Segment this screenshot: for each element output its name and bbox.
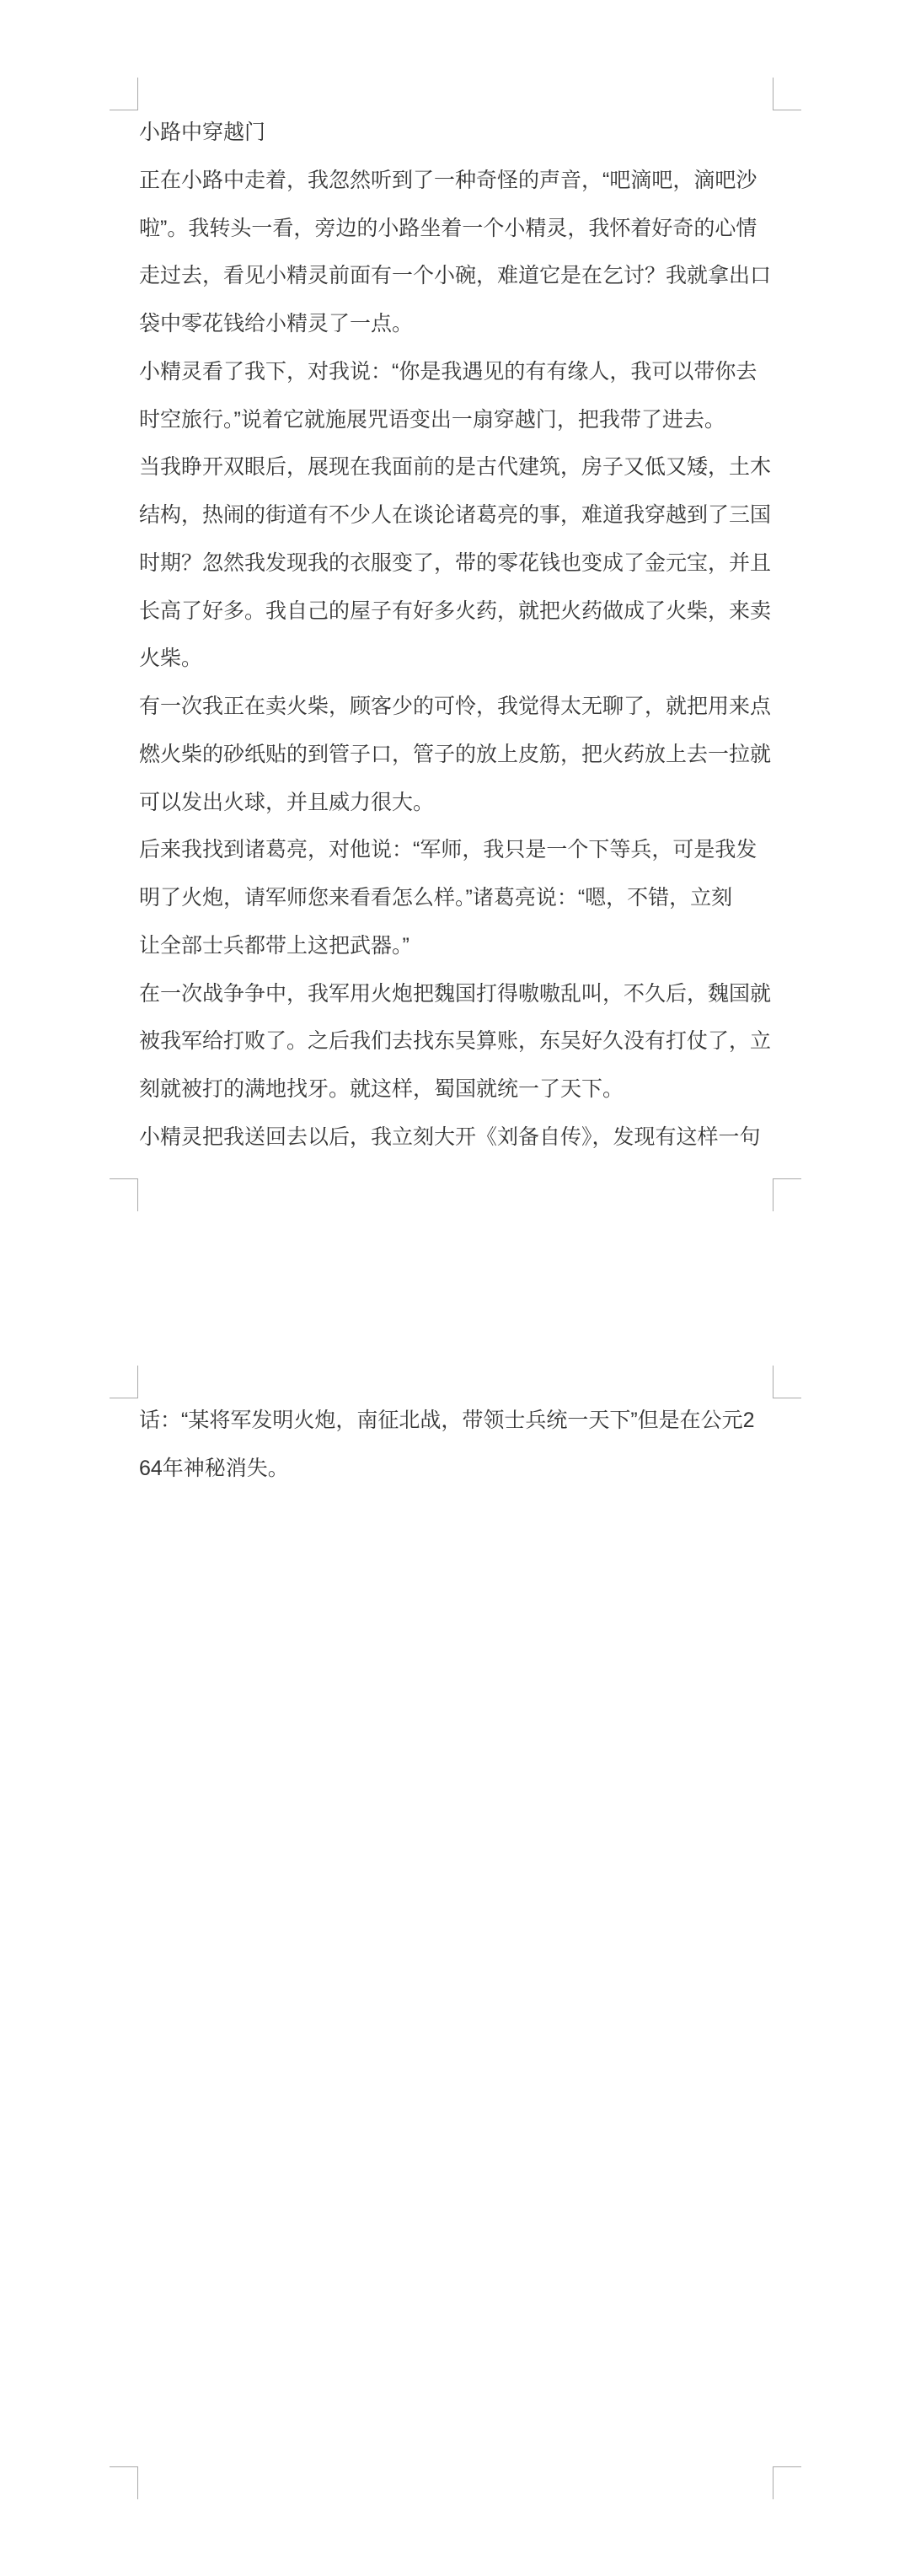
text-line: 燃火柴的砂纸贴的到管子口，管子的放上皮筋，把火药放上去一拉就 bbox=[139, 731, 779, 779]
page2-margin-mark-top-right bbox=[773, 1366, 801, 1398]
text-line: 袋中零花钱给小精灵了一点。 bbox=[139, 300, 779, 348]
text-line: 64年神秘消失。 bbox=[139, 1445, 779, 1493]
page2-margin-mark-bottom-right bbox=[773, 2466, 801, 2499]
text-line: 火柴。 bbox=[139, 635, 779, 683]
page2-margin-mark-bottom-left bbox=[110, 2466, 138, 2499]
text-line: 明了火炮，请军师您来看看怎么样。”诸葛亮说：“嗯，不错，立刻 bbox=[139, 874, 779, 922]
text-line: 长高了好多。我自己的屋子有好多火药，就把火药做成了火柴，来卖 bbox=[139, 588, 779, 636]
text-line: 时空旅行。”说着它就施展咒语变出一扇穿越门，把我带了进去。 bbox=[139, 396, 779, 444]
text-line: 小精灵把我送回去以后，我立刻大开《刘备自传》，发现有这样一句 bbox=[139, 1114, 779, 1162]
text-line: 时期？忽然我发现我的衣服变了，带的零花钱也变成了金元宝，并且 bbox=[139, 539, 779, 588]
document-canvas: 小路中穿越门 正在小路中走着，我忽然听到了一种奇怪的声音，“吧滴吧，滴吧沙 啦”… bbox=[0, 0, 910, 2576]
document-title: 小路中穿越门 bbox=[139, 109, 779, 157]
page1-margin-mark-top-right bbox=[773, 78, 801, 110]
text-line: 啦”。我转头一看，旁边的小路坐着一个小精灵，我怀着好奇的心情 bbox=[139, 205, 779, 253]
page1-margin-mark-bottom-left bbox=[110, 1178, 138, 1211]
text-line: 后来我找到诸葛亮，对他说：“军师，我只是一个下等兵，可是我发 bbox=[139, 826, 779, 874]
text-line: 刻就被打的满地找牙。就这样，蜀国就统一了天下。 bbox=[139, 1065, 779, 1114]
text-line: 小精灵看了我下，对我说：“你是我遇见的有有缘人，我可以带你去 bbox=[139, 348, 779, 396]
page2-text-block: 话：“某将军发明火炮，南征北战，带领士兵统一天下”但是在公元2 64年神秘消失。 bbox=[139, 1397, 779, 1493]
text-line: 被我军给打败了。之后我们去找东吴算账，东吴好久没有打仗了，立 bbox=[139, 1017, 779, 1065]
text-line: 话：“某将军发明火炮，南征北战，带领士兵统一天下”但是在公元2 bbox=[139, 1397, 779, 1445]
text-line: 有一次我正在卖火柴，顾客少的可怜，我觉得太无聊了，就把用来点 bbox=[139, 683, 779, 731]
text-line: 结构，热闹的街道有不少人在谈论诸葛亮的事，难道我穿越到了三国 bbox=[139, 491, 779, 539]
text-line: 走过去，看见小精灵前面有一个小碗，难道它是在乞讨？我就拿出口 bbox=[139, 252, 779, 300]
page1-margin-mark-top-left bbox=[110, 78, 138, 110]
text-line: 让全部士兵都带上这把武器。” bbox=[139, 922, 779, 970]
text-line: 在一次战争争中，我军用火炮把魏国打得嗷嗷乱叫，不久后，魏国就 bbox=[139, 970, 779, 1018]
text-line: 可以发出火球，并且威力很大。 bbox=[139, 779, 779, 827]
text-line: 正在小路中走着，我忽然听到了一种奇怪的声音，“吧滴吧，滴吧沙 bbox=[139, 157, 779, 205]
text-line: 当我睁开双眼后，展现在我面前的是古代建筑，房子又低又矮，土木 bbox=[139, 443, 779, 491]
page2-margin-mark-top-left bbox=[110, 1366, 138, 1398]
page1-margin-mark-bottom-right bbox=[773, 1178, 801, 1211]
page1-text-block: 小路中穿越门 正在小路中走着，我忽然听到了一种奇怪的声音，“吧滴吧，滴吧沙 啦”… bbox=[139, 109, 779, 1162]
